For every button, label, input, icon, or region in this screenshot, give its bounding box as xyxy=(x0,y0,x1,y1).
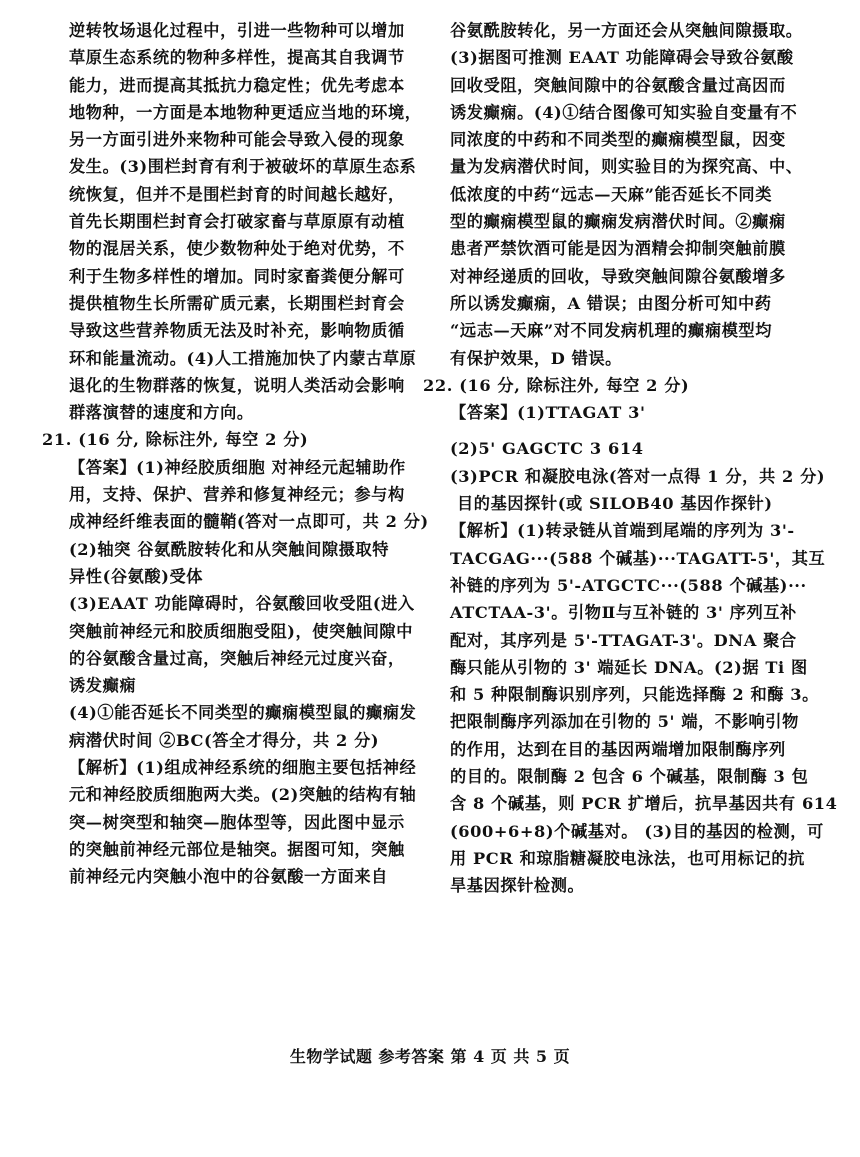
text-line: 的谷氨酸含量过高，突触后神经元过度兴奋， xyxy=(42,645,422,672)
text-line: 统恢复，但并不是围栏封育的时间越长越好， xyxy=(42,181,422,208)
text-line: 成神经纤维表面的髓鞘(答对一点即可，共 2 分) xyxy=(42,508,422,535)
text-line: (600+6+8)个碱基对。 (3)目的基因的检测，可 xyxy=(423,818,833,845)
answer-key-page: 逆转牧场退化过程中，引进一些物种可以增加草原生态系统的物种多样性，提高其自我调节… xyxy=(0,0,860,1157)
question-heading: 22. (16 分, 除标注外, 每空 2 分) xyxy=(423,372,833,399)
text-line: (4)①能否延长不同类型的癫痫模型鼠的癫痫发 xyxy=(42,699,422,726)
text-line: 草原生态系统的物种多样性，提高其自我调节 xyxy=(42,44,422,71)
text-line: 【解析】(1)转录链从首端到尾端的序列为 3'- xyxy=(423,517,833,544)
text-line: 异性(谷氨酸)受体 xyxy=(42,563,422,590)
text-line: ATCTAA-3'。引物Ⅱ与互补链的 3' 序列互补 xyxy=(423,599,833,626)
text-line: 的作用，达到在目的基因两端增加限制酶序列 xyxy=(423,736,833,763)
text-line: 【答案】(1)神经胶质细胞 对神经元起辅助作 xyxy=(42,454,422,481)
text-line: 同浓度的中药和不同类型的癫痫模型鼠，因变 xyxy=(423,126,833,153)
text-line: 的突触前神经元部位是轴突。据图可知，突触 xyxy=(42,836,422,863)
text-line: 有保护效果，D 错误。 xyxy=(423,345,833,372)
text-line: 首先长期围栏封育会打破家畜与草原原有动植 xyxy=(42,208,422,235)
text-line: 酶只能从引物的 3' 端延长 DNA。(2)据 Ti 图 xyxy=(423,654,833,681)
text-line: 所以诱发癫痫，A 错误；由图分析可知中药 xyxy=(423,290,833,317)
text-line: 退化的生物群落的恢复，说明人类活动会影响 xyxy=(42,372,422,399)
text-line: 另一方面引进外来物种可能会导致入侵的现象 xyxy=(42,126,422,153)
right-column: 谷氨酰胺转化，另一方面还会从突触间隙摄取。(3)据图可推测 EAAT 功能障碍会… xyxy=(423,17,833,900)
text-line: 谷氨酰胺转化，另一方面还会从突触间隙摄取。 xyxy=(423,17,833,44)
text-line: 突触前神经元和胶质细胞受阻)，使突触间隙中 xyxy=(42,618,422,645)
text-line: 元和神经胶质细胞两大类。(2)突触的结构有轴 xyxy=(42,781,422,808)
text-line: 发生。(3)围栏封育有利于被破坏的草原生态系 xyxy=(42,153,422,180)
text-line: 前神经元内突触小泡中的谷氨酸一方面来自 xyxy=(42,863,422,890)
text-line: (2)5' GAGCTC 3 614 xyxy=(423,435,833,462)
text-line: 含 8 个碱基，则 PCR 扩增后，抗旱基因共有 614 xyxy=(423,790,833,817)
text-line: 诱发癫痫 xyxy=(42,672,422,699)
text-line: 诱发癫痫。(4)①结合图像可知实验自变量有不 xyxy=(423,99,833,126)
text-line: 用 PCR 和琼脂糖凝胶电泳法，也可用标记的抗 xyxy=(423,845,833,872)
text-line: 用，支持、保护、营养和修复神经元；参与构 xyxy=(42,481,422,508)
text-line: 型的癫痫模型鼠的癫痫发病潜伏时间。②癫痫 xyxy=(423,208,833,235)
text-line: 群落演替的速度和方向。 xyxy=(42,399,422,426)
text-line: 患者严禁饮酒可能是因为酒精会抑制突触前膜 xyxy=(423,235,833,262)
text-line: 利于生物多样性的增加。同时家畜粪便分解可 xyxy=(42,263,422,290)
text-line: 导致这些营养物质无法及时补充，影响物质循 xyxy=(42,317,422,344)
text-line: 回收受阻，突触间隙中的谷氨酸含量过高因而 xyxy=(423,72,833,99)
text-line: 病潜伏时间 ②BC(答全才得分，共 2 分) xyxy=(42,727,422,754)
text-line: 物的混居关系，使少数物种处于绝对优势，不 xyxy=(42,235,422,262)
text-line: 的目的。限制酶 2 包含 6 个碱基，限制酶 3 包 xyxy=(423,763,833,790)
text-line: TACGAG···(588 个碱基)···TAGATT-5'，其互 xyxy=(423,545,833,572)
text-line: 提供植物生长所需矿质元素，长期围栏封育会 xyxy=(42,290,422,317)
spacer xyxy=(423,426,833,435)
text-line: 把限制酶序列添加在引物的 5' 端，不影响引物 xyxy=(423,708,833,735)
text-line: 配对，其序列是 5'-TTAGAT-3'。DNA 聚合 xyxy=(423,627,833,654)
text-line: 对神经递质的回收，导致突触间隙谷氨酸增多 xyxy=(423,263,833,290)
text-line: “远志—天麻”对不同发病机理的癫痫模型均 xyxy=(423,317,833,344)
text-line: 能力，进而提高其抵抗力稳定性；优先考虑本 xyxy=(42,72,422,99)
text-line: 逆转牧场退化过程中，引进一些物种可以增加 xyxy=(42,17,422,44)
text-line: 旱基因探针检测。 xyxy=(423,872,833,899)
text-line: 突—树突型和轴突—胞体型等，因此图中显示 xyxy=(42,809,422,836)
text-line: 量为发病潜伏时间，则实验目的为探究高、中、 xyxy=(423,153,833,180)
text-line: 【答案】(1)TTAGAT 3' xyxy=(423,399,833,426)
text-line: 地物种，一方面是本地物种更适应当地的环境， xyxy=(42,99,422,126)
text-line: (2)轴突 谷氨酰胺转化和从突触间隙摄取特 xyxy=(42,536,422,563)
text-line: (3)据图可推测 EAAT 功能障碍会导致谷氨酸 xyxy=(423,44,833,71)
text-line: 环和能量流动。(4)人工措施加快了内蒙古草原 xyxy=(42,345,422,372)
text-line: 目的基因探针(或 SILOB40 基因作探针) xyxy=(423,490,833,517)
text-line: 低浓度的中药“远志—天麻”能否延长不同类 xyxy=(423,181,833,208)
page-footer: 生物学试题 参考答案 第 4 页 共 5 页 xyxy=(0,1044,860,1067)
text-line: 和 5 种限制酶识别序列，只能选择酶 2 和酶 3。 xyxy=(423,681,833,708)
text-line: (3)EAAT 功能障碍时，谷氨酸回收受阻(进入 xyxy=(42,590,422,617)
question-heading: 21. (16 分, 除标注外, 每空 2 分) xyxy=(42,426,422,453)
text-line: 补链的序列为 5'-ATGCTC···(588 个碱基)··· xyxy=(423,572,833,599)
text-line: 【解析】(1)组成神经系统的细胞主要包括神经 xyxy=(42,754,422,781)
left-column: 逆转牧场退化过程中，引进一些物种可以增加草原生态系统的物种多样性，提高其自我调节… xyxy=(42,17,422,891)
text-line: (3)PCR 和凝胶电泳(答对一点得 1 分，共 2 分) xyxy=(423,463,833,490)
